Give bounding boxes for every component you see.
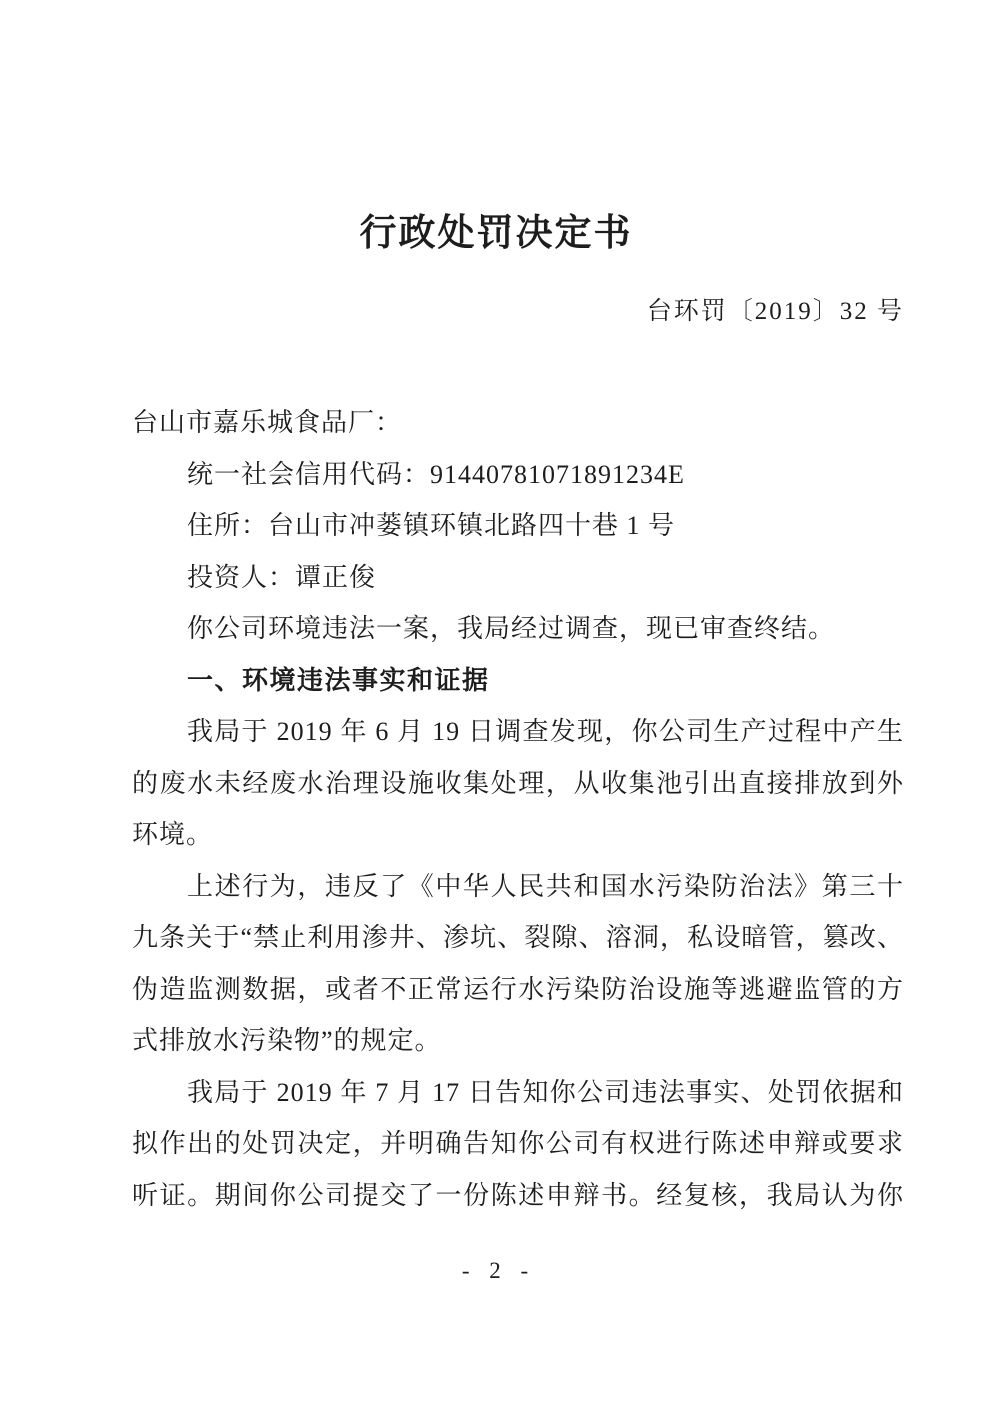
body-line-violation-1: 上述行为，违反了《中华人民共和国水污染防治法》第三十 [132, 861, 904, 913]
credit-code-line: 统一社会信用代码：91440781071891234E [132, 449, 904, 501]
body-line-notification-3: 听证。期间你公司提交了一份陈述申辩书。经复核，我局认为你 [132, 1170, 904, 1222]
document-body: 台山市嘉乐城食品厂： 统一社会信用代码：91440781071891234E 住… [132, 397, 904, 1221]
document-title: 行政处罚决定书 [0, 212, 992, 256]
body-line-notification-1: 我局于 2019 年 7 月 17 日告知你公司违法事实、处罚依据和 [132, 1067, 904, 1119]
recipient-name-line: 台山市嘉乐城食品厂： [132, 397, 904, 449]
document-page: 行政处罚决定书 台环罚〔2019〕32 号 台山市嘉乐城食品厂： 统一社会信用代… [0, 0, 992, 1403]
case-summary-line: 你公司环境违法一案，我局经过调查，现已审查终结。 [132, 603, 904, 655]
document-number: 台环罚〔2019〕32 号 [132, 296, 904, 328]
address-line: 住所：台山市冲蒌镇环镇北路四十巷 1 号 [132, 500, 904, 552]
body-line-investigation-1: 我局于 2019 年 6 月 19 日调查发现，你公司生产过程中产生 [132, 706, 904, 758]
section-heading-facts-and-evidence: 一、环境违法事实和证据 [132, 655, 904, 707]
page-number: - 2 - [0, 1256, 992, 1286]
body-line-violation-2: 九条关于“禁止利用渗井、渗坑、裂隙、溶洞，私设暗管，篡改、 [132, 912, 904, 964]
body-line-investigation-2: 的废水未经废水治理设施收集处理，从收集池引出直接排放到外 [132, 758, 904, 810]
investor-line: 投资人：谭正俊 [132, 552, 904, 604]
body-line-violation-4: 式排放水污染物”的规定。 [132, 1015, 904, 1067]
body-line-violation-3: 伪造监测数据，或者不正常运行水污染防治设施等逃避监管的方 [132, 964, 904, 1016]
body-line-investigation-3: 环境。 [132, 809, 904, 861]
body-line-notification-2: 拟作出的处罚决定，并明确告知你公司有权进行陈述申辩或要求 [132, 1118, 904, 1170]
